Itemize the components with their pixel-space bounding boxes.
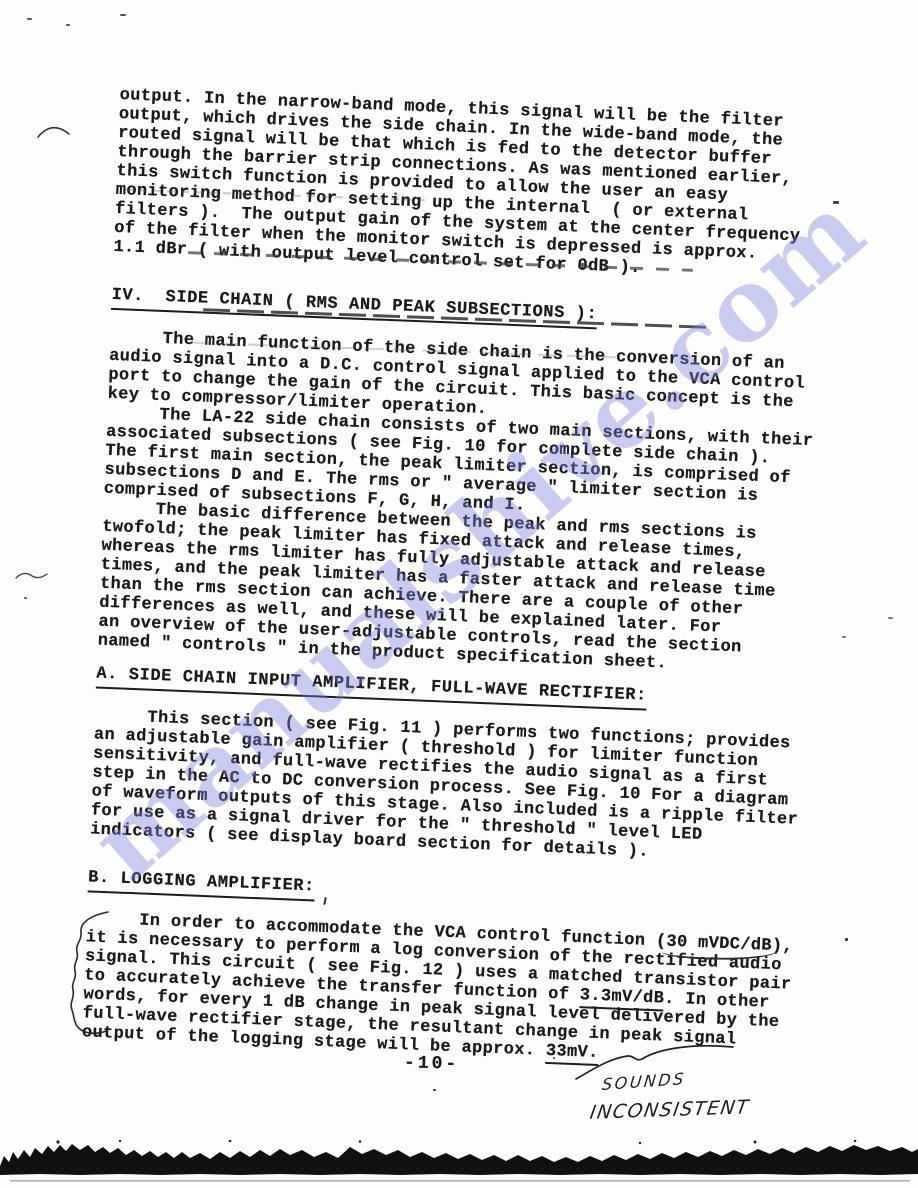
ink-speck [845,938,848,941]
pen-wavy-line [570,1038,745,1086]
ink-speck [888,617,893,619]
ink-speck [433,1089,436,1091]
scanned-page: output. In the narrow-band mode, this si… [0,0,918,1188]
p-section-a: This section ( see Fig. 11 ) performs tw… [90,706,865,870]
ink-speck [120,14,126,16]
page-number: -10- [404,1053,460,1074]
ink-speck [24,597,27,599]
ink-speck [553,1057,555,1059]
text-run: A. SIDE CHAIN INPUT AMPLIFIER, FULL-WAVE… [96,665,647,711]
ink-speck [842,636,846,638]
pen-tilde-mark [14,568,50,584]
pen-arc-mark [36,118,72,142]
pen-margin-bracket [56,905,118,1045]
ink-speck [27,18,32,20]
ink-speck [833,201,839,204]
p-continuation: output. In the narrow-band mode, this si… [113,86,889,288]
text-run: ), [771,937,793,957]
document-body: output. In the narrow-band mode, this si… [82,86,890,1073]
p-basic-difference: The basic difference between the peak an… [97,499,872,682]
text-run: B. LOGGING AMPLIFIER: [88,868,316,901]
emphasized-value: 30 mVDC/dB [666,933,772,956]
ink-speck [66,24,70,26]
scan-edge-band [0,1140,918,1188]
handwritten-note-inconsistent: INCONSISTENT [588,1096,751,1124]
